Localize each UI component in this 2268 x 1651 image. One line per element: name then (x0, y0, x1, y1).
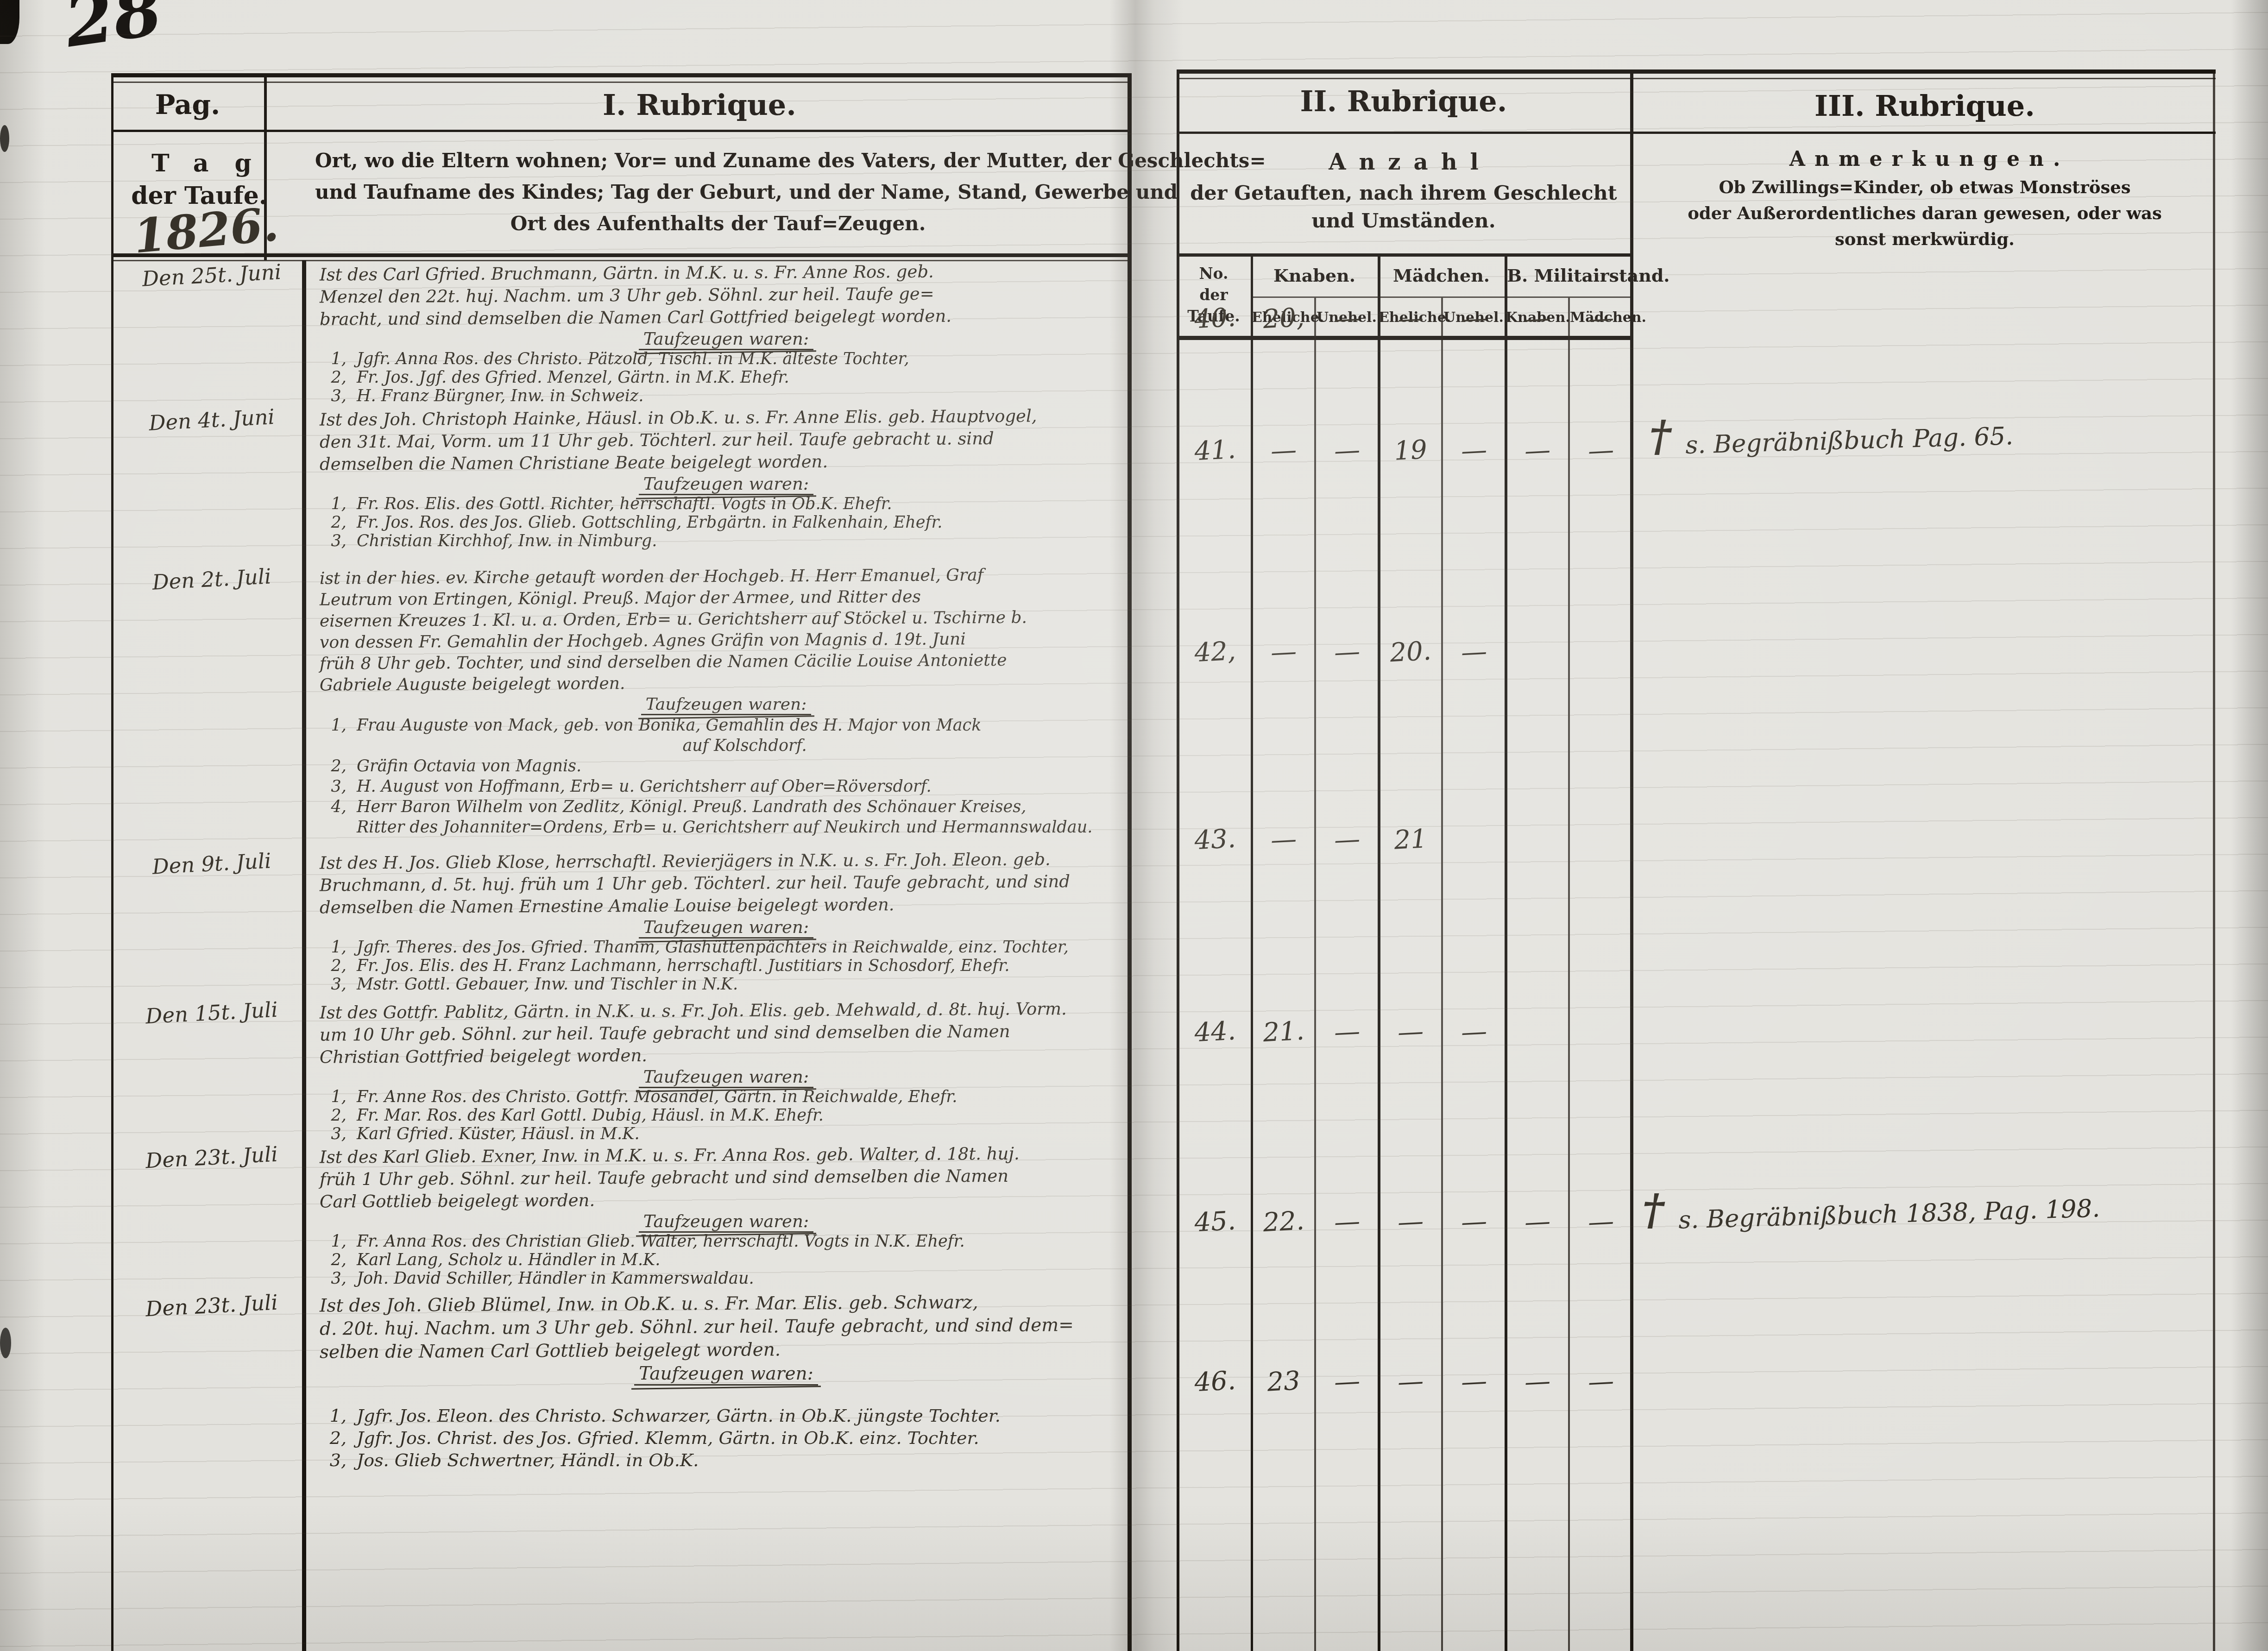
witness-row: 1,Frau Auguste von Mack, geb. von Bonika… (320, 715, 1133, 736)
witness-number: 3, (320, 975, 346, 994)
count-value: — (1502, 434, 1573, 467)
count-value: — (1502, 1205, 1573, 1239)
church-register-scan: 28 Pag. I. Rubrique. Ort, wo die Eltern … (0, 0, 2268, 1651)
witness-row: auf Kolschdorf. (320, 736, 1133, 756)
count-value: — (1311, 635, 1382, 669)
count-value: — (1438, 1365, 1509, 1399)
count-value: 23 (1248, 1365, 1319, 1399)
entry-text-line: demselben die Namen Christiane Beate bei… (320, 449, 1133, 475)
gap (320, 1386, 1133, 1405)
witness-number: 4, (320, 797, 346, 817)
rubrique2-desc-line: Anzahl (1186, 149, 1621, 175)
taufe-number: 42, (1179, 635, 1250, 669)
count-value (1503, 635, 1572, 639)
count-value: — (1311, 1205, 1382, 1239)
witness-text: H. August von Hoffmann, Erb= u. Gerichts… (357, 776, 932, 797)
rubrique3-desc-line: sonst merkwürdig. (1640, 229, 2210, 249)
witness-number: 3, (320, 387, 346, 405)
rule (302, 260, 306, 1651)
count-value: — (1438, 635, 1509, 669)
baptism-entry: Ist des Karl Glieb. Exner, Inw. in M.K. … (320, 1144, 1133, 1288)
rubrique1-desc-line: Ort, wo die Eltern wohnen; Vor= und Zuna… (315, 149, 1121, 172)
witness-text: Herr Baron Wilhelm von Zedlitz, Königl. … (357, 797, 1026, 817)
count-value: — (1375, 1015, 1446, 1049)
annotation: † s. Begräbnißbuch Pag. 65. (1649, 415, 2013, 457)
witness-row: 3,Jos. Glieb Schwertner, Händl. in Ob.K. (320, 1449, 1133, 1471)
rule (1177, 78, 2216, 79)
witness-number: 2, (320, 513, 346, 532)
baptism-entry: Ist des Joh. Christoph Hainke, Häusl. in… (320, 407, 1133, 550)
count-value: — (1375, 1205, 1446, 1239)
count-value: — (1438, 1205, 1509, 1239)
count-value: 21. (1248, 1015, 1319, 1049)
count-value: 19 (1375, 434, 1446, 467)
witness-number: 3, (320, 1449, 346, 1471)
count-value (1503, 1015, 1572, 1019)
rubrique1-title: I. Rubrique. (278, 88, 1121, 122)
count-value: — (1248, 823, 1319, 857)
witness-row: 2,Fr. Jos. Ros. des Jos. Glieb. Gottschl… (320, 513, 1133, 532)
count-value: 20, (1248, 302, 1319, 335)
annotation-text: s. Begräbnißbuch 1838, Pag. 198. (1678, 1194, 2100, 1234)
scan-ink-blot (0, 125, 9, 152)
entry-date: Den 23t. Juli (121, 1289, 302, 1323)
witness-row: 1,Jgfr. Jos. Eleon. des Christo. Schwarz… (320, 1405, 1133, 1427)
count-value: — (1565, 434, 1636, 467)
witness-number: 1, (320, 350, 346, 368)
witness-number: 2, (320, 1251, 346, 1269)
count-value: — (1565, 1365, 1636, 1399)
witness-number: 1, (320, 715, 346, 736)
witness-number: 1, (320, 1405, 346, 1427)
count-value: — (1375, 302, 1446, 335)
taufe-number: 43. (1179, 823, 1250, 857)
rubrique3-desc-line: oder Außerordentliches daran gewesen, od… (1640, 203, 2210, 223)
entry-date: Den 2t. Juli (121, 562, 302, 596)
witness-row: 3,Mstr. Gottl. Gebauer, Inw. und Tischle… (320, 975, 1133, 994)
count-value: 21 (1375, 823, 1446, 857)
witness-row: 3,Joh. David Schiller, Händler in Kammer… (320, 1269, 1133, 1288)
rubrique1-desc-line: Ort des Aufenthalts der Tauf=Zeugen. (315, 212, 1121, 235)
count-value: — (1565, 1205, 1636, 1239)
witness-number: 2, (320, 756, 346, 776)
taufzeugen-heading: Taufzeugen waren: (320, 1362, 1133, 1386)
witness-row: 4,Herr Baron Wilhelm von Zedlitz, Königl… (320, 797, 1133, 817)
witness-row: 2,Karl Lang, Scholz u. Händler in M.K. (320, 1251, 1133, 1269)
taufzeugen-heading: Taufzeugen waren: (320, 1211, 1133, 1232)
witness-number: 2, (320, 1427, 346, 1449)
witness-text: Jgfr. Anna Ros. des Christo. Pätzold, Ti… (357, 350, 909, 368)
taufzeugen-heading: Taufzeugen waren: (320, 473, 1133, 495)
entry-date: Den 4t. Juni (121, 403, 302, 437)
count-value: — (1311, 823, 1382, 857)
paper-edge-shadow (2231, 0, 2268, 1651)
count-value: — (1311, 1365, 1382, 1399)
tag-der-taufe-header: Tag (125, 149, 278, 177)
witness-row: 3,Christian Kirchhof, Inw. in Nimburg. (320, 532, 1133, 550)
count-value: — (1565, 302, 1636, 335)
rubrique3-heading: Anmerkungen. (1640, 147, 2210, 171)
witness-text: Fr. Jos. Ros. des Jos. Glieb. Gottschlin… (357, 513, 942, 532)
scan-ink-blot (0, 0, 19, 44)
rule (1441, 298, 1443, 1651)
witness-text: auf Kolschdorf. (682, 736, 806, 756)
witness-text: Jos. Glieb Schwertner, Händl. in Ob.K. (357, 1449, 699, 1471)
col-header-knaben: Knaben. (1253, 265, 1376, 286)
count-value: — (1375, 1365, 1446, 1399)
taufe-number: 40. (1179, 302, 1250, 335)
rule (1177, 336, 1633, 340)
scan-ink-blot (0, 1328, 11, 1358)
entry-text-line: d. 20t. huj. Nachm. um 3 Uhr geb. Söhnl.… (320, 1313, 1133, 1341)
witness-row: 2,Fr. Jos. Elis. des H. Franz Lachmann, … (320, 957, 1133, 975)
witness-text: Fr. Jos. Elis. des H. Franz Lachmann, he… (357, 957, 1009, 975)
rule (1568, 298, 1570, 1651)
rule (1177, 253, 1633, 257)
entry-text-line: Carl Gottlieb beigelegt worden. (320, 1186, 1133, 1213)
witness-text: Fr. Mar. Ros. des Karl Gottl. Dubig, Häu… (357, 1106, 824, 1125)
rule (111, 73, 113, 1651)
witness-text: Christian Kirchhof, Inw. in Nimburg. (357, 532, 657, 550)
taufe-number: 45. (1179, 1205, 1250, 1239)
witness-number: 3, (320, 532, 346, 550)
annotation-text: s. Begräbnißbuch Pag. 65. (1685, 422, 2013, 460)
baptism-entry: Ist des Joh. Glieb Blümel, Inw. in Ob.K.… (320, 1292, 1133, 1471)
entry-text-line: demselben die Namen Ernestine Amalie Lou… (320, 892, 1133, 919)
witness-text: Ritter des Johanniter=Ordens, Erb= u. Ge… (357, 817, 1092, 838)
rubrique2-title: II. Rubrique. (1186, 84, 1621, 118)
witness-row: 2,Gräfin Octavia von Magnis. (320, 756, 1133, 776)
rule (1177, 69, 2216, 74)
witness-row: Ritter des Johanniter=Ordens, Erb= u. Ge… (320, 817, 1133, 838)
count-value: — (1502, 1365, 1573, 1399)
witness-text: Jgfr. Jos. Eleon. des Christo. Schwarzer… (357, 1405, 1001, 1427)
count-value: — (1311, 434, 1382, 467)
count-value: — (1311, 1015, 1382, 1049)
col-header-maedchen: Mädchen. (1380, 265, 1503, 286)
rubrique2-desc-line: und Umständen. (1186, 209, 1621, 233)
rubrique1-desc-line: und Taufname des Kindes; Tag der Geburt,… (315, 181, 1121, 203)
baptism-entry: Ist des Carl Gfried. Bruchmann, Gärtn. i… (320, 262, 1133, 405)
cross-icon: † (1649, 415, 1671, 457)
count-value: — (1248, 434, 1319, 467)
taufe-number: 46. (1179, 1365, 1250, 1399)
count-value (1439, 823, 1509, 826)
count-value (1566, 635, 1636, 639)
witness-number: 3, (320, 1125, 346, 1143)
baptism-entry: ist in der hies. ev. Kirche getauft word… (320, 566, 1133, 838)
witness-number: 1, (320, 495, 346, 513)
entry-text-line: Ist des Joh. Glieb Blümel, Inw. in Ob.K.… (320, 1290, 1133, 1317)
witness-number (645, 736, 672, 756)
count-value: 22. (1248, 1205, 1319, 1239)
witness-text: Karl Lang, Scholz u. Händler in M.K. (357, 1251, 660, 1269)
baptism-entry: Ist des Gottfr. Pablitz, Gärtn. in N.K. … (320, 1000, 1133, 1143)
witness-text: Joh. David Schiller, Händler in Kammersw… (357, 1269, 754, 1288)
witness-number: 2, (320, 1106, 346, 1125)
taufe-number: 44. (1179, 1015, 1250, 1049)
witness-row: 3,H. August von Hoffmann, Erb= u. Gerich… (320, 776, 1133, 797)
witness-text: Jgfr. Jos. Christ. des Jos. Gfried. Klem… (357, 1427, 979, 1449)
entry-text-line: Christian Gottfried beigelegt worden. (320, 1042, 1133, 1068)
witness-number: 2, (320, 957, 346, 975)
witness-text: Gräfin Octavia von Magnis. (357, 756, 581, 776)
rule (1177, 132, 2216, 134)
rule (2213, 69, 2215, 1651)
taufzeugen-heading: Taufzeugen waren: (320, 917, 1133, 938)
count-value: — (1438, 434, 1509, 467)
count-value: — (1438, 302, 1509, 335)
rule (1177, 69, 1179, 1651)
col-header-no: No. (1181, 263, 1246, 284)
witness-number: 1, (320, 1232, 346, 1251)
rubrique3-title: III. Rubrique. (1640, 89, 2210, 123)
taufzeugen-heading: Taufzeugen waren: (320, 328, 1133, 350)
pag-header: Pag. (118, 89, 257, 120)
count-value: — (1438, 1015, 1509, 1049)
taufzeugen-heading: Taufzeugen waren: (320, 1066, 1133, 1088)
witness-text: Karl Gfried. Küster, Häusl. in M.K. (357, 1125, 640, 1143)
witness-text: Mstr. Gottl. Gebauer, Inw. und Tischler … (357, 975, 738, 994)
taufe-number: 41. (1179, 434, 1250, 467)
entry-date: Den 25t. Juni (121, 258, 302, 292)
witness-text: H. Franz Bürgner, Inw. in Schweiz. (357, 387, 643, 405)
entry-date: Den 23t. Juli (121, 1141, 302, 1174)
witness-number: 3, (320, 776, 346, 797)
witness-number: 1, (320, 938, 346, 957)
count-value: — (1502, 302, 1573, 335)
col-header-militairstand: B. Militairstand. (1507, 265, 1630, 286)
annotation: † s. Begräbnißbuch 1838, Pag. 198. (1642, 1188, 2100, 1231)
witness-row: 2,Fr. Mar. Ros. des Karl Gottl. Dubig, H… (320, 1106, 1133, 1125)
count-value: — (1311, 302, 1382, 335)
witness-number (320, 817, 346, 838)
entry-date: Den 15t. Juli (121, 996, 302, 1030)
count-value: — (1248, 635, 1319, 669)
count-value (1503, 823, 1572, 826)
cross-icon: † (1642, 1188, 1664, 1231)
entry-date: Den 9t. Juli (121, 847, 302, 881)
baptism-entry: Ist des H. Jos. Glieb Klose, herrschaftl… (320, 850, 1133, 994)
count-value (1566, 823, 1636, 826)
rule (1314, 298, 1316, 1651)
folio-number: 28 (65, 0, 195, 58)
witness-number: 2, (320, 368, 346, 387)
witness-number: 3, (320, 1269, 346, 1288)
entry-text-line: Gabriele Auguste beigelegt worden. (320, 670, 1133, 696)
taufzeugen-heading: Taufzeugen waren: (320, 694, 1133, 715)
witness-text: Fr. Ros. Elis. des Gottl. Richter, herrs… (357, 495, 892, 513)
entry-text-line: selben die Namen Carl Gottlieb beigelegt… (320, 1336, 1133, 1364)
entry-text-line: bracht, und sind demselben die Namen Car… (320, 304, 1133, 330)
count-value: 20. (1375, 635, 1446, 669)
witness-row: 2,Fr. Jos. Jgf. des Gfried. Menzel, Gärt… (320, 368, 1133, 387)
witness-row: 3,H. Franz Bürgner, Inw. in Schweiz. (320, 387, 1133, 405)
witness-number: 1, (320, 1088, 346, 1106)
rubrique3-desc-line: Ob Zwillings=Kinder, ob etwas Monströses (1640, 177, 2210, 197)
rubrique2-desc-line: der Getauften, nach ihrem Geschlecht (1186, 182, 1621, 205)
witness-text: Fr. Jos. Jgf. des Gfried. Menzel, Gärtn.… (357, 368, 789, 387)
witness-row: 2,Jgfr. Jos. Christ. des Jos. Gfried. Kl… (320, 1427, 1133, 1449)
count-value (1566, 1015, 1636, 1019)
witness-row: 3,Karl Gfried. Küster, Häusl. in M.K. (320, 1125, 1133, 1143)
